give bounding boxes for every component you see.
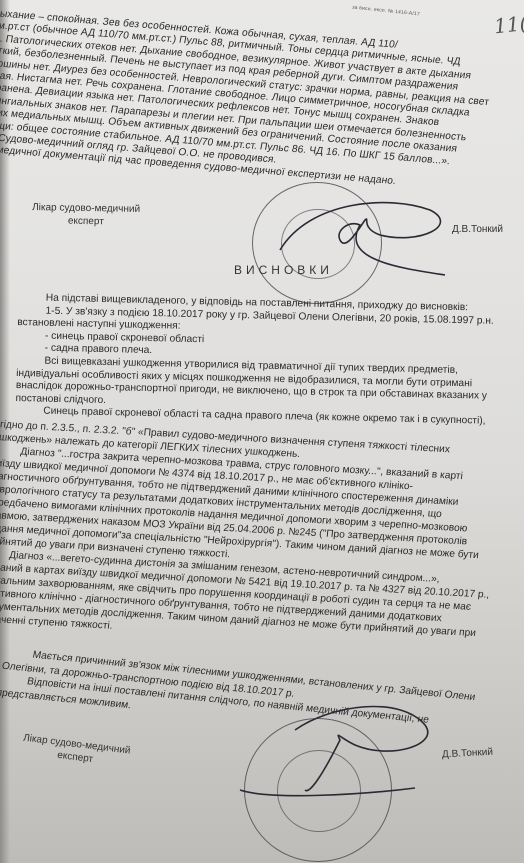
handwritten-signature [240,700,440,800]
conclusions-intro: На підставі вищевикладеного, у відповідь… [15,292,524,430]
handwritten-page-number: 11(0 [493,10,524,39]
signature-block-1: Лікар судово-медичний експерт [32,201,140,229]
medical-record-excerpt: Дыхание – спокойная. Зев без особенносте… [0,8,524,199]
diagnosis-analysis: згідно до п. 2.3.5., п. 2.3.2. "б" «Прав… [0,418,524,656]
signer-name-2: Д.В.Тонкий [442,747,493,761]
signer-name-1: Д.В.Тонкий [452,224,503,235]
registry-number-mark: за висн. експ. № 1416-А/17 [352,4,420,17]
scanned-document-page: за висн. експ. № 1416-А/17 11(0 Дыхание … [0,0,524,863]
conclusions-heading: ВИСНОВКИ [234,263,333,277]
signer-role: Лікар судово-медичний [32,201,140,216]
signature-block-2: Лікар судово-медичний експерт [21,732,131,771]
signer-role-2: експерт [32,214,140,229]
